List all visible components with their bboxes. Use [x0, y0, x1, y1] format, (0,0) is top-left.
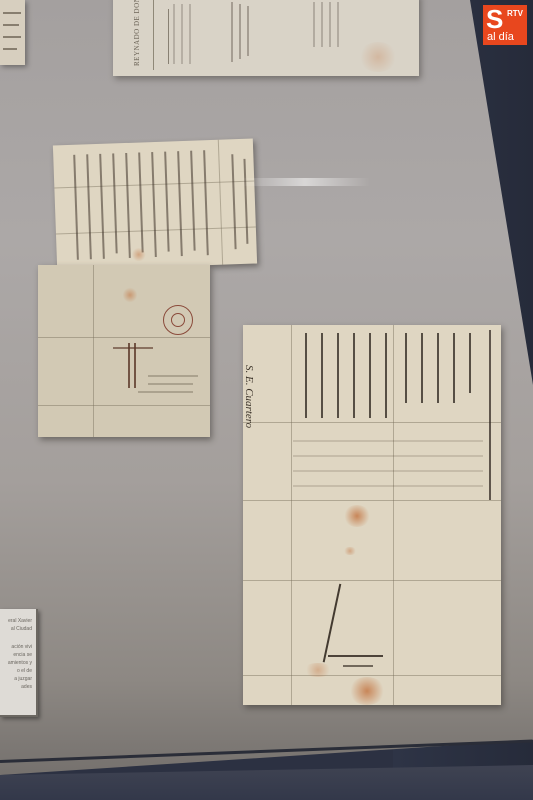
printed-document-top: REYNADO DE DON — [113, 0, 419, 76]
letter-right: S. E. Cuartero — [243, 325, 501, 705]
case-bottom-edge — [0, 765, 533, 800]
logo-letter: S — [486, 5, 503, 33]
address-text: S. E. Cuartero — [243, 365, 255, 428]
label-text-line: encia se — [0, 651, 36, 659]
letter-left-upper — [53, 139, 257, 271]
wax-seal-bottom — [348, 677, 386, 705]
label-text-line: ades — [0, 683, 36, 691]
logo-text: al día — [487, 31, 514, 43]
exhibit-label-card: eral Xavier al Ciudad ación vivi encia s… — [0, 609, 38, 717]
salamanca-rtv-logo: S RTV al día — [483, 5, 527, 45]
label-text-line: al Ciudad — [0, 625, 36, 633]
glass-reflection — [240, 178, 370, 186]
label-text-line: a juzgar — [0, 675, 36, 683]
letter-left-lower — [38, 265, 210, 437]
document-heading: REYNADO DE DON — [133, 0, 141, 66]
label-text-line: ación vivi — [0, 643, 36, 651]
label-text-line: amientos y — [0, 659, 36, 667]
logo-rtv: RTV — [507, 9, 523, 18]
wax-seal-top — [358, 42, 398, 72]
museum-display-photo: REYNADO DE DON — [0, 0, 533, 800]
corner-document — [0, 0, 25, 65]
wax-seal-middle — [343, 505, 371, 527]
label-text-line: o el de — [0, 667, 36, 675]
label-text-line: eral Xavier — [0, 617, 36, 625]
